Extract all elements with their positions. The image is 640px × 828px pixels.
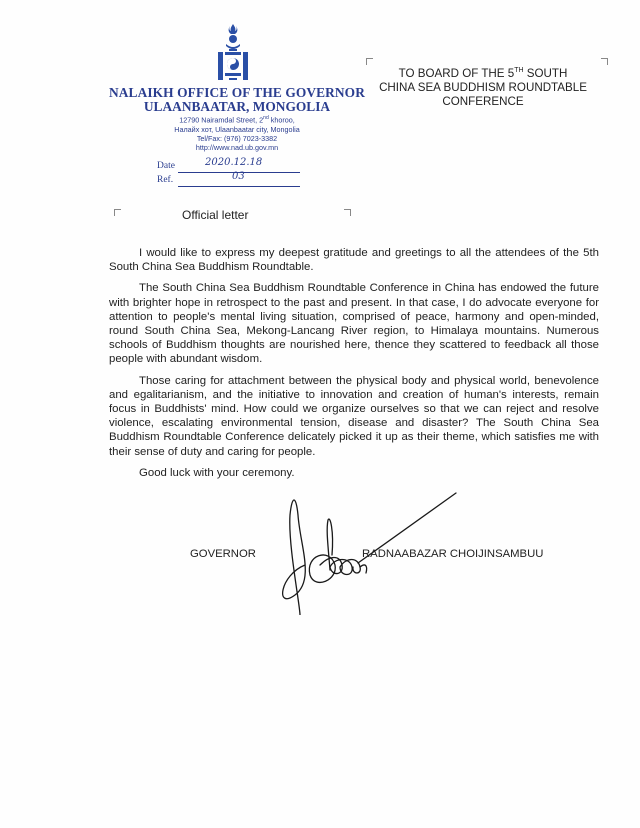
ref-label: Ref. — [157, 175, 173, 185]
subject-title: Official letter — [182, 208, 248, 222]
soyombo-emblem-icon — [218, 24, 248, 86]
recipient-block: TO BOARD OF THE 5TH SOUTH CHINA SEA BUDD… — [358, 58, 608, 109]
date-label: Date — [157, 161, 175, 171]
organization-city: ULAANBAATAR, MONGOLIA — [108, 100, 366, 114]
signatory-name: RADNAABAZAR CHOIJINSAMBUU — [362, 548, 543, 560]
recipient-line-1: TO BOARD OF THE 5TH SOUTH — [358, 64, 608, 81]
corner-mark — [366, 58, 373, 65]
body-paragraph: I would like to express my deepest grati… — [109, 246, 599, 274]
date-value: 2020.12.18 — [205, 157, 262, 168]
organization-name: NALAIKH OFFICE OF THE GOVERNOR — [108, 86, 366, 100]
address-line-1: 12790 Nairamdal Street, 2nd khoroo, — [108, 114, 366, 125]
address-line-2: Налайх хот, Ulaanbaatar city, Mongolia — [108, 125, 366, 134]
closing-line: Good luck with your ceremony. — [109, 466, 599, 480]
body-paragraph: Those caring for attachment between the … — [109, 374, 599, 459]
ref-underline — [178, 186, 300, 187]
letter-body: I would like to express my deepest grati… — [109, 246, 599, 487]
recipient-line-3: CONFERENCE — [358, 95, 608, 109]
body-paragraph: The South China Sea Buddhism Roundtable … — [109, 281, 599, 366]
recipient-line-2: CHINA SEA BUDDHISM ROUNDTABLE — [358, 81, 608, 95]
ref-value: 03 — [232, 171, 245, 182]
corner-mark — [601, 58, 608, 65]
date-field: Date 2020.12.18 — [157, 161, 175, 171]
letter-page: NALAIKH OFFICE OF THE GOVERNOR ULAANBAAT… — [0, 0, 640, 828]
corner-mark — [114, 209, 121, 216]
ref-field: Ref. 03 — [157, 175, 173, 185]
telfax: Tel/Fax: (976) 7023-3382 — [108, 134, 366, 143]
signatory-title: GOVERNOR — [190, 548, 256, 560]
corner-mark — [344, 209, 351, 216]
letterhead: NALAIKH OFFICE OF THE GOVERNOR ULAANBAAT… — [108, 86, 366, 152]
website-link[interactable]: http://www.nad.ub.gov.mn — [108, 143, 366, 152]
